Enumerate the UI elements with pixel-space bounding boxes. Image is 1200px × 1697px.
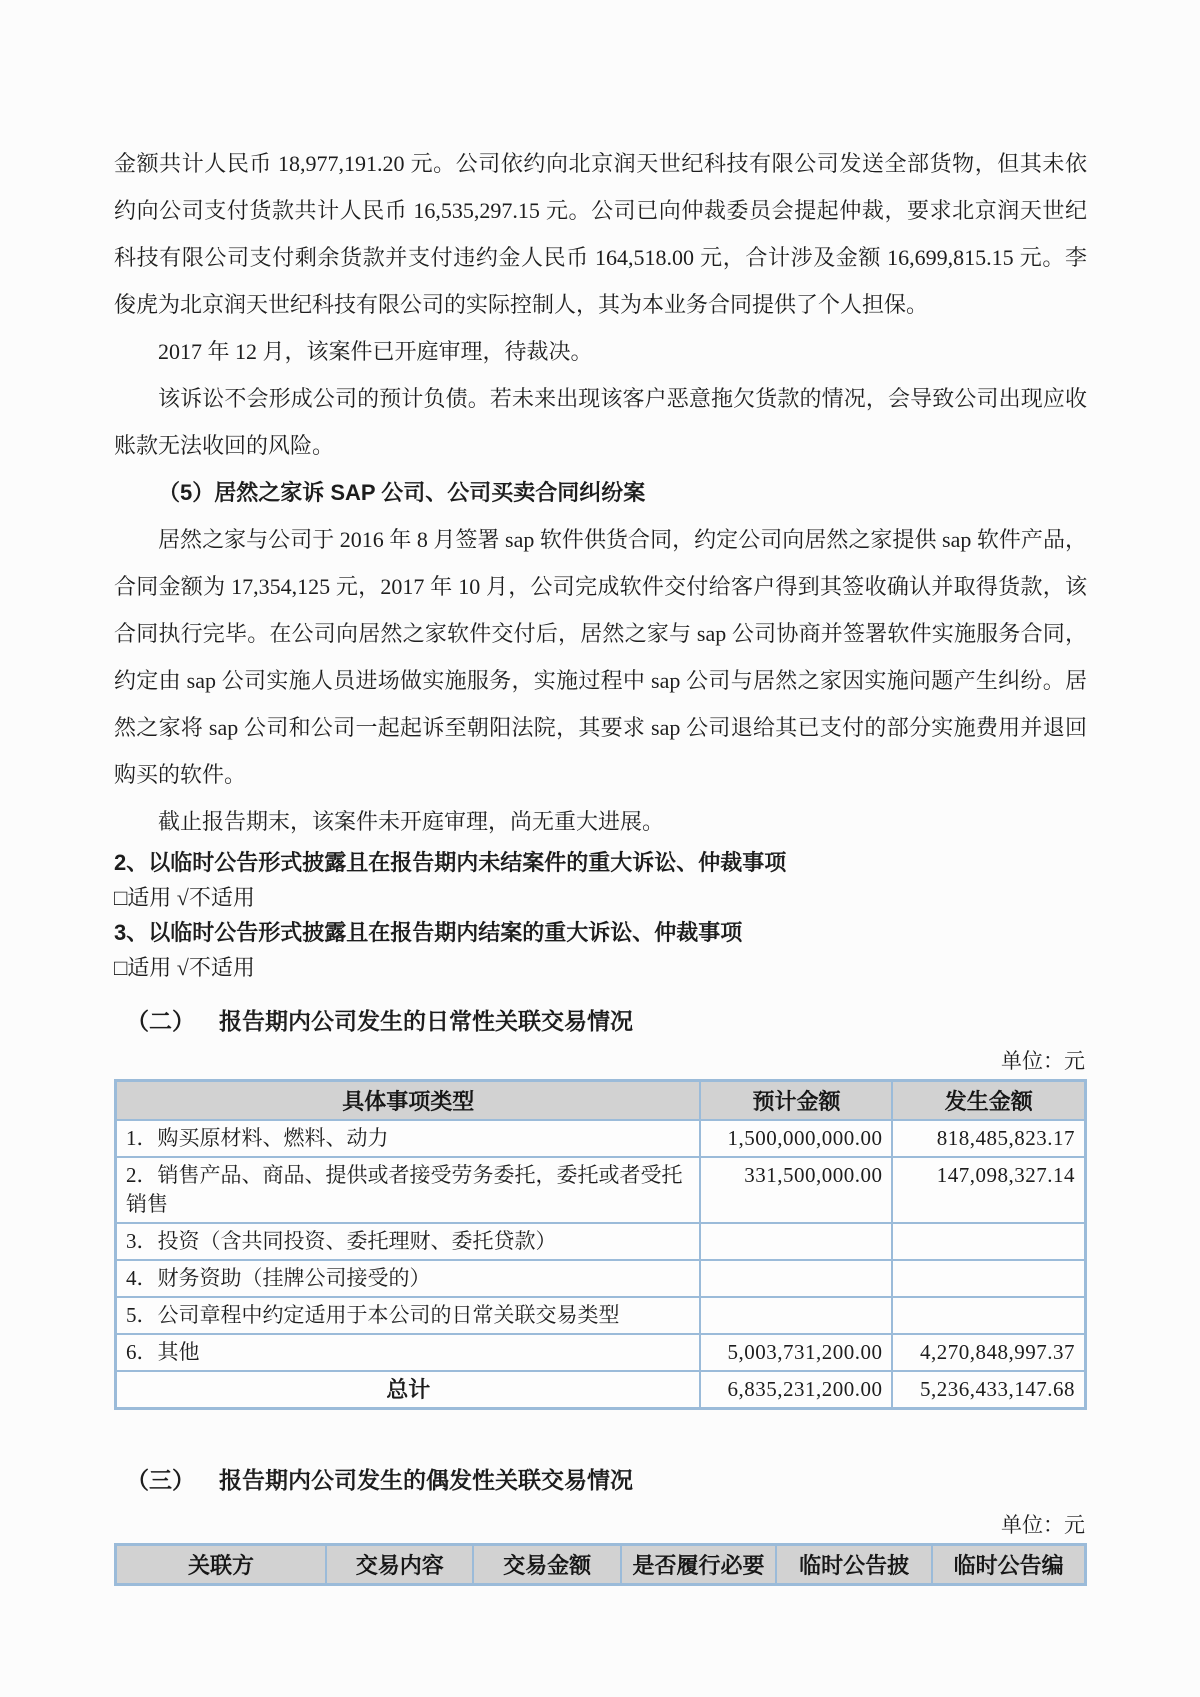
- table-row: 3．投资（含共同投资、委托理财、委托贷款）: [116, 1223, 1086, 1260]
- heading-case-5: （5）居然之家诉 SAP 公司、公司买卖合同纠纷案: [114, 469, 1087, 516]
- table2-header-row: 关联方 交易内容 交易金额 是否履行必要 临时公告披 临时公告编: [116, 1545, 1086, 1585]
- table2-header-related-party: 关联方: [116, 1545, 326, 1585]
- table2-header-procedure: 是否履行必要: [621, 1545, 776, 1585]
- row-actual: 4,270,848,997.37: [892, 1334, 1085, 1371]
- row-actual: [892, 1297, 1085, 1334]
- paragraph-case5-detail: 居然之家与公司于 2016 年 8 月签署 sap 软件供货合同，约定公司向居然…: [114, 516, 1087, 798]
- row-actual: 147,098,327.14: [892, 1157, 1085, 1223]
- section-number: （三）: [126, 1467, 195, 1493]
- row-type: 6．其他: [116, 1334, 701, 1371]
- row-actual: [892, 1223, 1085, 1260]
- table-row: 5．公司章程中约定适用于本公司的日常关联交易类型: [116, 1297, 1086, 1334]
- row-type: 5．公司章程中约定适用于本公司的日常关联交易类型: [116, 1297, 701, 1334]
- table2-header-announcement-no: 临时公告编: [932, 1545, 1085, 1585]
- table1-header-type: 具体事项类型: [116, 1081, 701, 1121]
- unit-label-2: 单位：元: [114, 1510, 1087, 1540]
- row-expected: 1,500,000,000.00: [700, 1120, 892, 1157]
- total-expected: 6,835,231,200.00: [700, 1371, 892, 1409]
- table1-header-expected: 预计金额: [700, 1081, 892, 1121]
- row-expected: [700, 1297, 892, 1334]
- table-row: 1．购买原材料、燃料、动力 1,500,000,000.00 818,485,8…: [116, 1120, 1086, 1157]
- unit-label-1: 单位：元: [114, 1046, 1087, 1076]
- table2-header-announcement: 临时公告披: [776, 1545, 932, 1585]
- page-content: 金额共计人民币 18,977,191.20 元。公司依约向北京润天世纪科技有限公…: [0, 0, 1200, 1586]
- section-title: 报告期内公司发生的偶发性关联交易情况: [219, 1467, 633, 1493]
- table-row: 2．销售产品、商品、提供或者接受劳务委托，委托或者受托销售 331,500,00…: [116, 1157, 1086, 1223]
- table1-header-actual: 发生金额: [892, 1081, 1085, 1121]
- table1-header-row: 具体事项类型 预计金额 发生金额: [116, 1081, 1086, 1121]
- paragraph-arbitration-amounts: 金额共计人民币 18,977,191.20 元。公司依约向北京润天世纪科技有限公…: [114, 140, 1087, 328]
- paragraph-case5-status: 截止报告期末，该案件未开庭审理，尚无重大进展。: [114, 798, 1087, 845]
- section-heading-daily-transactions: （二）报告期内公司发生的日常性关联交易情况: [114, 1001, 1087, 1041]
- total-actual: 5,236,433,147.68: [892, 1371, 1085, 1409]
- table-total-row: 总计 6,835,231,200.00 5,236,433,147.68: [116, 1371, 1086, 1409]
- daily-related-transactions-table: 具体事项类型 预计金额 发生金额 1．购买原材料、燃料、动力 1,500,000…: [114, 1079, 1087, 1410]
- table-row: 6．其他 5,003,731,200.00 4,270,848,997.37: [116, 1334, 1086, 1371]
- heading-item-3-closed-lawsuits: 3、以临时公告形式披露且在报告期内结案的重大诉讼、仲裁事项: [114, 915, 1087, 950]
- table2-header-content: 交易内容: [326, 1545, 473, 1585]
- section-heading-incidental-transactions: （三）报告期内公司发生的偶发性关联交易情况: [114, 1460, 1087, 1500]
- paragraph-hearing-status: 2017 年 12 月，该案件已开庭审理，待裁决。: [114, 328, 1087, 375]
- row-actual: 818,485,823.17: [892, 1120, 1085, 1157]
- applicability-line-2: □适用 √不适用: [114, 950, 1087, 985]
- row-expected: [700, 1260, 892, 1297]
- paragraph-risk-note: 该诉讼不会形成公司的预计负债。若未来出现该客户恶意拖欠货款的情况，会导致公司出现…: [114, 375, 1087, 469]
- row-expected: 5,003,731,200.00: [700, 1334, 892, 1371]
- row-expected: 331,500,000.00: [700, 1157, 892, 1223]
- incidental-related-transactions-table: 关联方 交易内容 交易金额 是否履行必要 临时公告披 临时公告编: [114, 1543, 1087, 1586]
- total-label: 总计: [116, 1371, 701, 1409]
- row-type: 4．财务资助（挂牌公司接受的）: [116, 1260, 701, 1297]
- table-row: 4．财务资助（挂牌公司接受的）: [116, 1260, 1086, 1297]
- applicability-line-1: □适用 √不适用: [114, 880, 1087, 915]
- section-title: 报告期内公司发生的日常性关联交易情况: [219, 1008, 633, 1034]
- row-expected: [700, 1223, 892, 1260]
- row-type: 3．投资（含共同投资、委托理财、委托贷款）: [116, 1223, 701, 1260]
- report-document-page: 金额共计人民币 18,977,191.20 元。公司依约向北京润天世纪科技有限公…: [0, 0, 1200, 1697]
- row-actual: [892, 1260, 1085, 1297]
- row-type: 1．购买原材料、燃料、动力: [116, 1120, 701, 1157]
- table2-header-amount: 交易金额: [473, 1545, 620, 1585]
- row-type: 2．销售产品、商品、提供或者接受劳务委托，委托或者受托销售: [116, 1157, 701, 1223]
- heading-item-2-pending-lawsuits: 2、以临时公告形式披露且在报告期内未结案件的重大诉讼、仲裁事项: [114, 845, 1087, 880]
- section-number: （二）: [126, 1008, 195, 1034]
